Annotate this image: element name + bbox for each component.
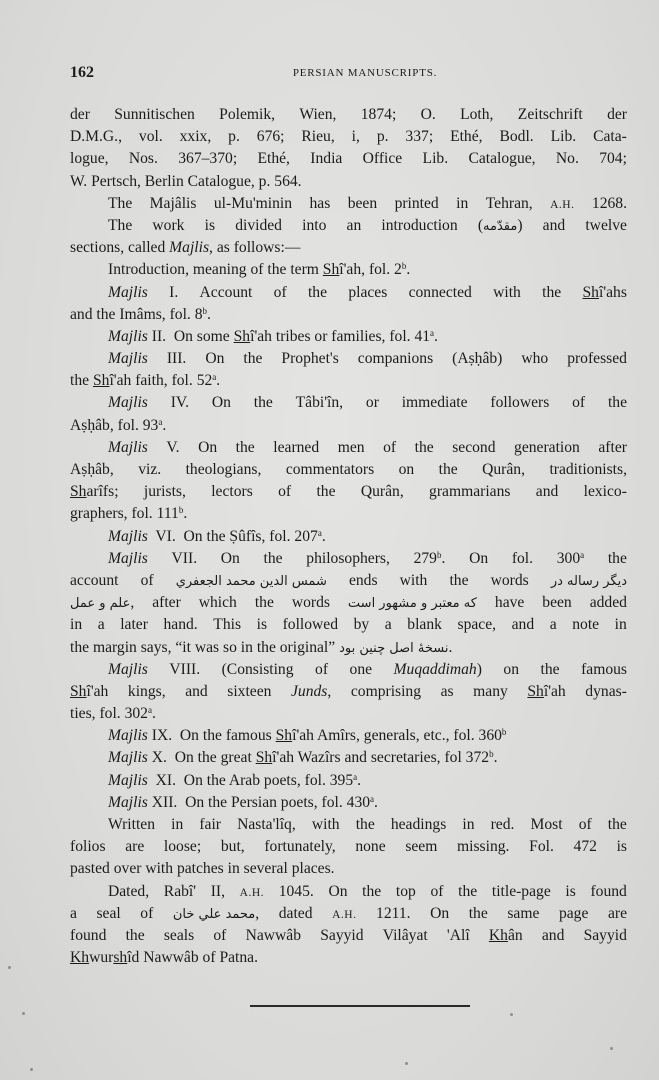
text-line: MajlisIII.OntheProphet'scompanions(Aṣḥâb…: [70, 348, 627, 370]
text-line: Aṣḥâb, fol. 93a.: [70, 415, 627, 437]
text-line: WritteninfairNasta'lîq,withtheheadingsin…: [70, 814, 627, 836]
text-line: inalaterhand.Thisisfollowedbyablankspace…: [70, 614, 627, 636]
text-line: Majlis VI. On the Ṣûfîs, fol. 207a.: [70, 526, 627, 548]
text-line: asealofمحمد علي خان,datedA.H.1211.Onthes…: [70, 903, 627, 925]
paper-speck: [8, 966, 11, 969]
text-line: foundthesealsofNawwâbSayyidVilâyat'AlîKh…: [70, 925, 627, 947]
text-line: Aṣḥâb,viz.theologians,commentatorsontheQ…: [70, 459, 627, 481]
text-line: accountofشمس الدين محمد الجعفريendswitht…: [70, 570, 627, 592]
paper-speck: [22, 1012, 25, 1015]
text-line: Majlis XII. On the Persian poets, fol. 4…: [70, 792, 627, 814]
text-line: Introduction, meaning of the term Shî'ah…: [70, 259, 627, 281]
text-line: علم و عمل,afterwhichthewordsکه معتبر و م…: [70, 592, 627, 614]
text-line: MajlisVII.Onthephilosophers,279b.Onfol.3…: [70, 548, 627, 570]
text-line: MajlisIV.OntheTâbi'în,orimmediatefollowe…: [70, 392, 627, 414]
text-line: derSunnitischenPolemik,Wien,1874;O.Loth,…: [70, 104, 627, 126]
text-line: and the Imâms, fol. 8b.: [70, 304, 627, 326]
end-rule-divider: [250, 1005, 470, 1007]
paper-speck: [405, 1062, 408, 1065]
text-line: graphers, fol. 111b.: [70, 503, 627, 525]
text-line: W. Pertsch, Berlin Catalogue, p. 564.: [70, 171, 627, 193]
paper-speck: [610, 1047, 613, 1050]
text-line: foliosareloose;but,fortunately,noneseemm…: [70, 836, 627, 858]
paper-speck: [510, 1013, 513, 1016]
document-page: 162 PERSIAN MANUSCRIPTS. derSunnitischen…: [0, 0, 659, 1080]
body-text: derSunnitischenPolemik,Wien,1874;O.Loth,…: [70, 104, 627, 969]
page-header: 162 PERSIAN MANUSCRIPTS.: [70, 64, 638, 86]
text-line: Sharîfs;jurists,lectorsoftheQurân,gramma…: [70, 481, 627, 503]
text-line: Theworkisdividedintoanintroduction(مقدّم…: [70, 215, 627, 237]
text-line: Dated,Rabî'II,A.H.1045.Onthetopofthetitl…: [70, 881, 627, 903]
text-line: logue,Nos.367–370;Ethé,IndiaOfficeLib.Ca…: [70, 148, 627, 170]
running-title: PERSIAN MANUSCRIPTS.: [70, 67, 638, 79]
text-line: D.M.G.,vol.xxix,p.676;Rieu,i,p.337;Ethé,…: [70, 126, 627, 148]
text-line: TheMajâlisul-Mu'mininhasbeenprintedinTeh…: [70, 193, 627, 215]
text-line: Khwurshîd Nawwâb of Patna.: [70, 947, 627, 969]
text-line: Shî'ahkings,andsixteenJunds,comprisingas…: [70, 681, 627, 703]
text-line: Majlis X. On the great Shî'ah Wazîrs and…: [70, 747, 627, 769]
text-line: pasted over with patches in several plac…: [70, 858, 627, 880]
text-line: MajlisV.Onthelearnedmenofthesecondgenera…: [70, 437, 627, 459]
text-line: ties, fol. 302a.: [70, 703, 627, 725]
text-line: the Shî'ah faith, fol. 52a.: [70, 370, 627, 392]
text-line: Majlis XI. On the Arab poets, fol. 395a.: [70, 770, 627, 792]
paper-speck: [30, 1068, 33, 1071]
text-line: MajlisVIII.(ConsistingofoneMuqaddimah)on…: [70, 659, 627, 681]
text-line: sections, called Majlis, as follows:—: [70, 237, 627, 259]
text-line: Majlis II. On some Shî'ah tribes or fami…: [70, 326, 627, 348]
text-line: the margin says, “it was so in the origi…: [70, 637, 627, 659]
text-line: Majlis IX. On the famous Shî'ah Amîrs, g…: [70, 725, 627, 747]
text-line: MajlisI.Accountoftheplacesconnectedwitht…: [70, 282, 627, 304]
